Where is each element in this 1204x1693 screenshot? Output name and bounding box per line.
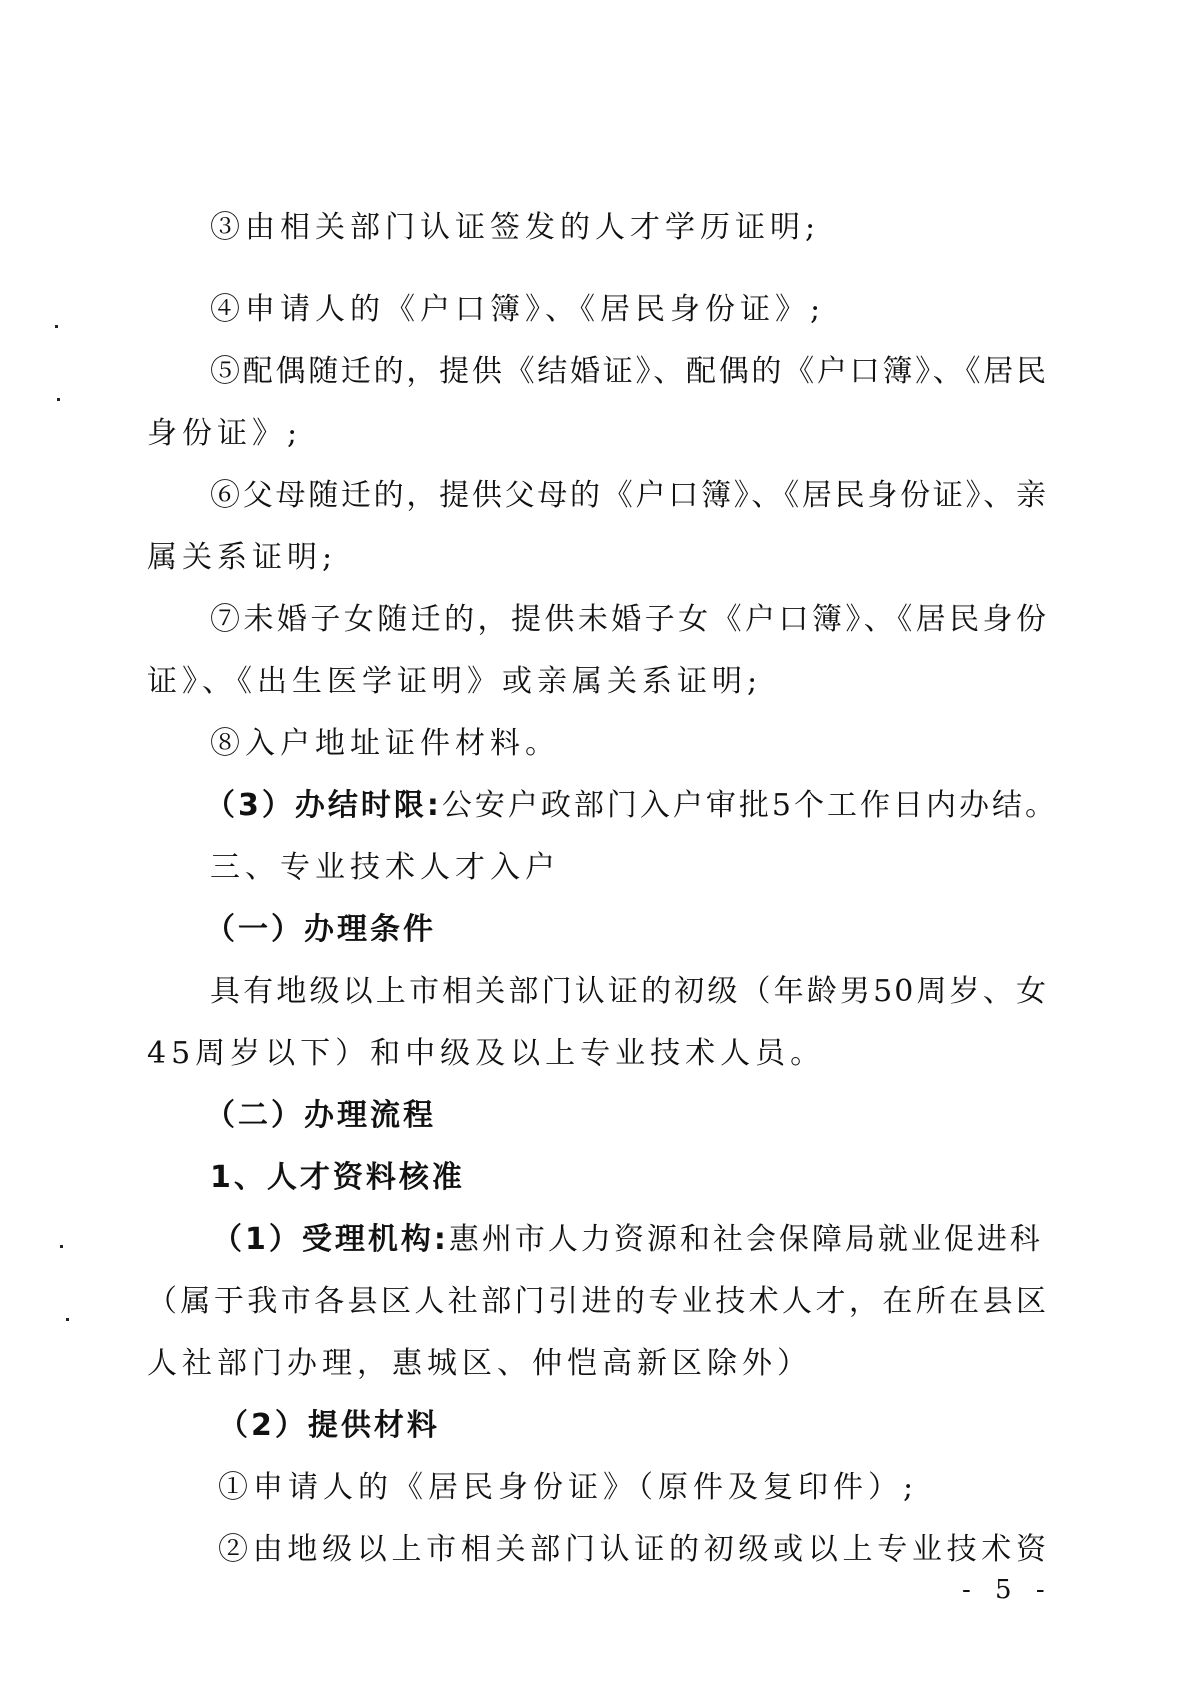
agency-label: （1）受理机构: [212,1222,449,1257]
conditions-paragraph-cont: 45周岁以下）和中级及以上专业技术人员。 [147,1034,825,1074]
subheading-conditions: （一）办理条件 [205,910,436,950]
conditions-paragraph: 具有地级以上市相关部门认证的初级（年龄男50周岁、女 [210,972,1048,1012]
list-item-5-cont: 身份证》; [147,414,302,454]
subheading-materials: （2）提供材料 [218,1406,440,1446]
list-item-3: ③由相关部门认证签发的人才学历证明; [210,208,820,248]
list-item-6-cont: 属关系证明; [147,538,337,578]
section-heading-3: 三、专业技术人才入户 [210,848,560,888]
scan-speck [60,1245,63,1248]
scan-speck [66,1318,69,1321]
processing-time-label: （3）办结时限: [205,788,442,823]
agency-body: 惠州市人力资源和社会保障局就业促进科 [449,1222,1043,1257]
step-heading-1: 1、人才资料核准 [210,1158,465,1198]
scan-speck [55,325,58,328]
list-item-4: ④申请人的《户口簿》、《居民身份证》; [210,290,825,330]
list-item-8: ⑧入户地址证件材料。 [210,724,560,764]
list-item-5: ⑤配偶随迁的，提供《结婚证》、配偶的《户口簿》、《居民 [210,352,1048,392]
list-item-7: ⑦未婚子女随迁的，提供未婚子女《户口簿》、《居民身份 [210,600,1048,640]
list-item-6: ⑥父母随迁的，提供父母的《户口簿》、《居民身份证》、亲 [210,476,1048,516]
page-number: - 5 - [962,1575,1053,1605]
list-item-7-cont: 证》、《出生医学证明》或亲属关系证明; [147,662,762,702]
material-item-1: ①申请人的《居民身份证》（原件及复印件）; [218,1468,918,1508]
agency-paragraph: （1）受理机构:惠州市人力资源和社会保障局就业促进科 [212,1220,1048,1260]
subheading-process: （二）办理流程 [205,1096,436,1136]
processing-time-body: 公安户政部门入户审批5个工作日内办结。 [442,788,1058,823]
processing-time-paragraph: （3）办结时限:公安户政部门入户审批5个工作日内办结。 [205,786,1048,826]
agency-note-cont: 人社部门办理，惠城区、仲恺高新区除外） [147,1344,812,1384]
scan-speck [57,398,60,401]
agency-note: （属于我市各县区人社部门引进的专业技术人才，在所在县区 [147,1282,1048,1322]
material-item-2: ②由地级以上市相关部门认证的初级或以上专业技术资 [218,1530,1048,1570]
